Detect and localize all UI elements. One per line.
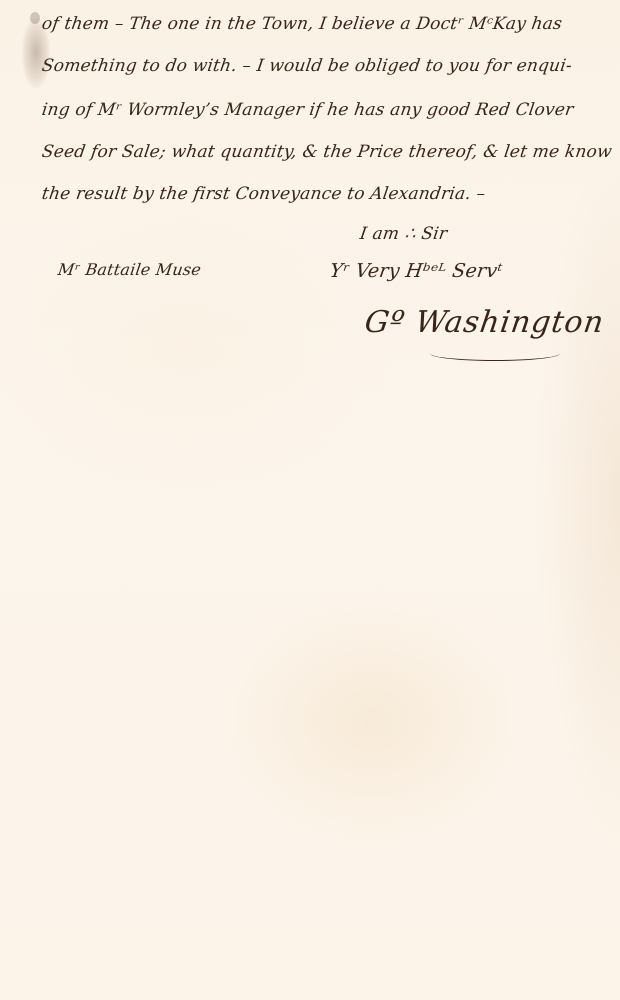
letter-line-4: Seed for Sale; what quantity, & the Pric… bbox=[41, 142, 614, 162]
letter-line-1: of them – The one in the Town, I believe… bbox=[41, 14, 564, 34]
letter-line-2: Something to do with. – I would be oblig… bbox=[41, 56, 574, 76]
letter-line-3: ing of Mʳ Wormley’s Manager if he has an… bbox=[41, 100, 575, 120]
signature-flourish bbox=[430, 346, 560, 361]
recipient-name: Mʳ Battaile Muse bbox=[57, 260, 203, 279]
letter-line-5: the result by the first Conveyance to Al… bbox=[41, 184, 487, 204]
letter-page: of them – The one in the Town, I believe… bbox=[0, 0, 620, 1000]
ink-blot bbox=[30, 12, 40, 24]
valediction: Yʳ Very Hᵇᵉᴸ Servᵗ bbox=[328, 260, 503, 282]
signature: Gº Washington bbox=[363, 305, 607, 340]
closing-line: I am ∴ Sir bbox=[359, 224, 449, 244]
